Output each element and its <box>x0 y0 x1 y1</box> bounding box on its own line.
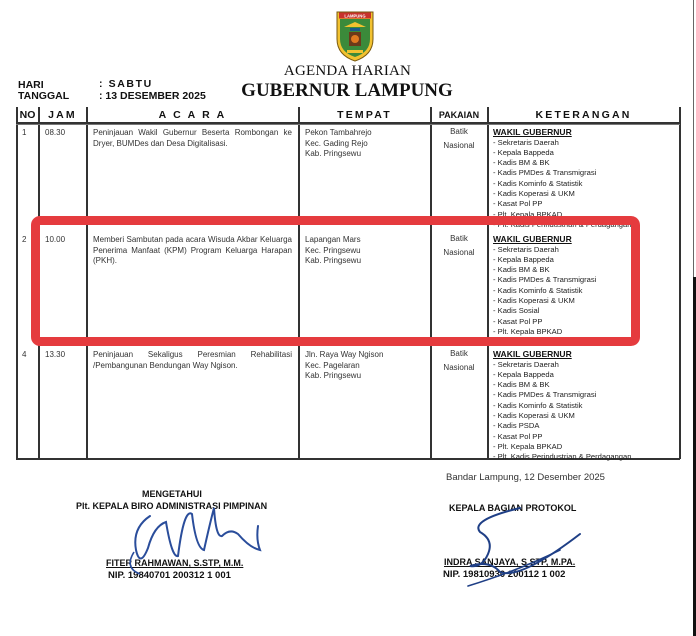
attire-line: Batik <box>431 347 487 361</box>
notes-item: - Kadis Koperasi & UKM <box>493 411 631 421</box>
notes-item: - Kadis BM & BK <box>493 380 631 390</box>
table-border <box>16 107 18 459</box>
document-subtitle: GUBERNUR LAMPUNG <box>236 80 458 102</box>
row-attire: Batik Nasional <box>431 125 487 153</box>
notes-item: - Kadis PSDA <box>493 421 631 431</box>
location-line: Kab. Pringsewu <box>305 371 383 382</box>
attire-line: Nasional <box>431 139 487 153</box>
notes-item: - Kadis PMDes & Transmigrasi <box>493 390 631 400</box>
table-border <box>679 107 681 459</box>
lampung-emblem-icon: LAMPUNG <box>334 9 376 63</box>
column-header-no: NO <box>17 108 38 122</box>
location-line: Pekon Tambahrejo <box>305 128 372 139</box>
column-header-pakaian: PAKAIAN <box>431 108 487 122</box>
row-location: Pekon Tambahrejo Kec. Gading Rejo Kab. P… <box>305 128 372 160</box>
date-value: : 13 DESEMBER 2025 <box>99 90 206 102</box>
place-date: Bandar Lampung, 12 Desember 2025 <box>446 472 605 483</box>
window-edge <box>692 0 696 636</box>
location-line: Kab. Pringsewu <box>305 149 372 160</box>
row-attire: Batik Nasional <box>431 347 487 375</box>
document-title: AGENDA HARIAN <box>280 63 415 80</box>
row-time: 13.30 <box>45 350 65 361</box>
highlight-box-row-2 <box>31 216 640 346</box>
row-no: 2 <box>22 235 26 246</box>
notes-item: - Kadis Koperasi & UKM <box>493 189 631 199</box>
row-no: 1 <box>22 128 26 139</box>
notes-item: - Plt. Kepala BPKAD <box>493 442 631 452</box>
notes-item: - Sekretaris Daerah <box>493 360 631 370</box>
notes-item: - Plt. Kadis Perindustrian & Perdagangan <box>493 452 631 462</box>
svg-text:LAMPUNG: LAMPUNG <box>344 13 365 18</box>
notes-heading: WAKIL GUBERNUR <box>493 349 631 360</box>
notes-item: - Kadis PMDes & Transmigrasi <box>493 168 631 178</box>
row-location: Jln. Raya Way Ngison Kec. Pagelaran Kab.… <box>305 350 383 382</box>
row-activity: Peninjauan Sekaligus Peresmian Rehabilit… <box>93 350 292 371</box>
agenda-document: LAMPUNG AGENDA HARIAN GUBERNUR LAMPUNG H… <box>0 0 692 636</box>
row-notes: WAKIL GUBERNUR - Sekretaris Daerah - Kep… <box>493 127 631 230</box>
location-line: Jln. Raya Way Ngison <box>305 350 383 361</box>
notes-item: - Kadis Kominfo & Statistik <box>493 401 631 411</box>
header-divider <box>16 124 680 125</box>
row-notes: WAKIL GUBERNUR - Sekretaris Daerah - Kep… <box>493 349 631 463</box>
notes-heading: WAKIL GUBERNUR <box>493 127 631 138</box>
day-value: : SABTU <box>99 78 153 90</box>
row-activity: Peninjauan Wakil Gubernur Beserta Rombon… <box>93 128 292 149</box>
attire-line: Nasional <box>431 361 487 375</box>
notes-item: - Kasat Pol PP <box>493 432 631 442</box>
left-signature-icon <box>110 478 270 578</box>
location-line: Kec. Gading Rejo <box>305 139 372 150</box>
right-signature-icon <box>460 500 590 590</box>
column-header-tempat: TEMPAT <box>299 108 430 122</box>
attire-line: Batik <box>431 125 487 139</box>
edge-line <box>693 0 694 277</box>
column-header-keterangan: KETERANGAN <box>488 108 679 122</box>
notes-item: - Kadis Kominfo & Statistik <box>493 179 631 189</box>
location-line: Kec. Pagelaran <box>305 361 383 372</box>
notes-item: - Kadis BM & BK <box>493 158 631 168</box>
notes-item: - Kepala Bappeda <box>493 370 631 380</box>
column-header-jam: JAM <box>39 108 86 122</box>
notes-item: - Sekretaris Daerah <box>493 138 631 148</box>
row-time: 08.30 <box>45 128 65 139</box>
row-no: 4 <box>22 350 26 361</box>
notes-item: - Kepala Bappeda <box>493 148 631 158</box>
column-header-acara: A C A R A <box>87 108 298 122</box>
notes-item: - Kasat Pol PP <box>493 199 631 209</box>
date-label: TANGGAL <box>18 90 69 102</box>
